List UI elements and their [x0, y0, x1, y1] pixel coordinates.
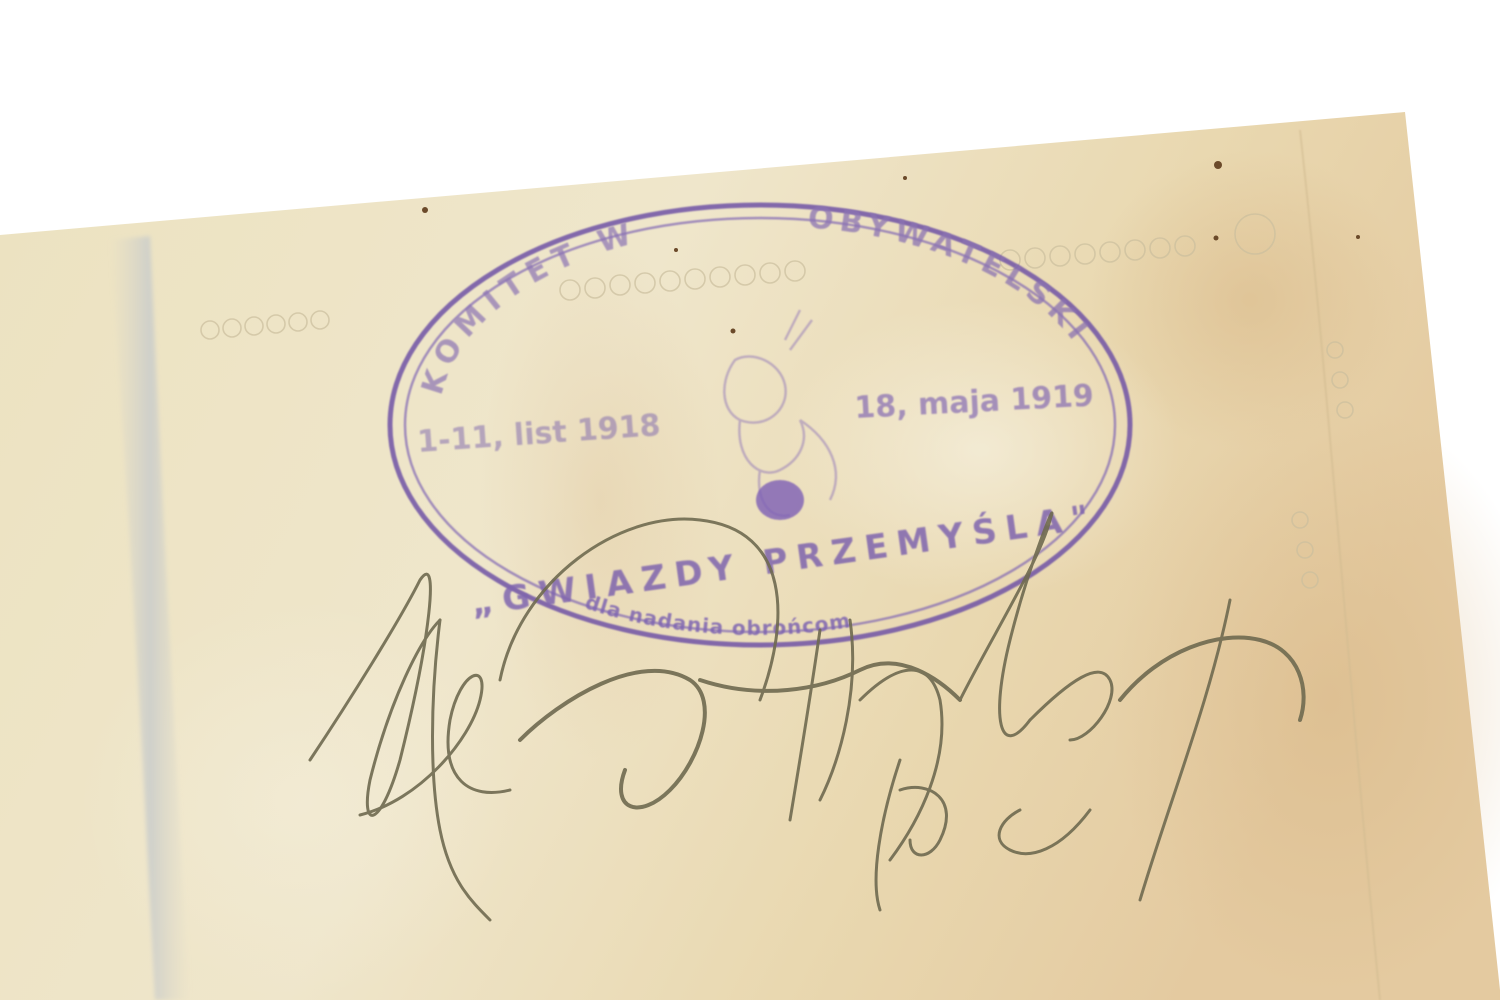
stamp-ink-blot — [756, 480, 804, 520]
document-photo: KOMITET W OBYWATELSKI 1-11, list 1918 18… — [0, 0, 1500, 1000]
